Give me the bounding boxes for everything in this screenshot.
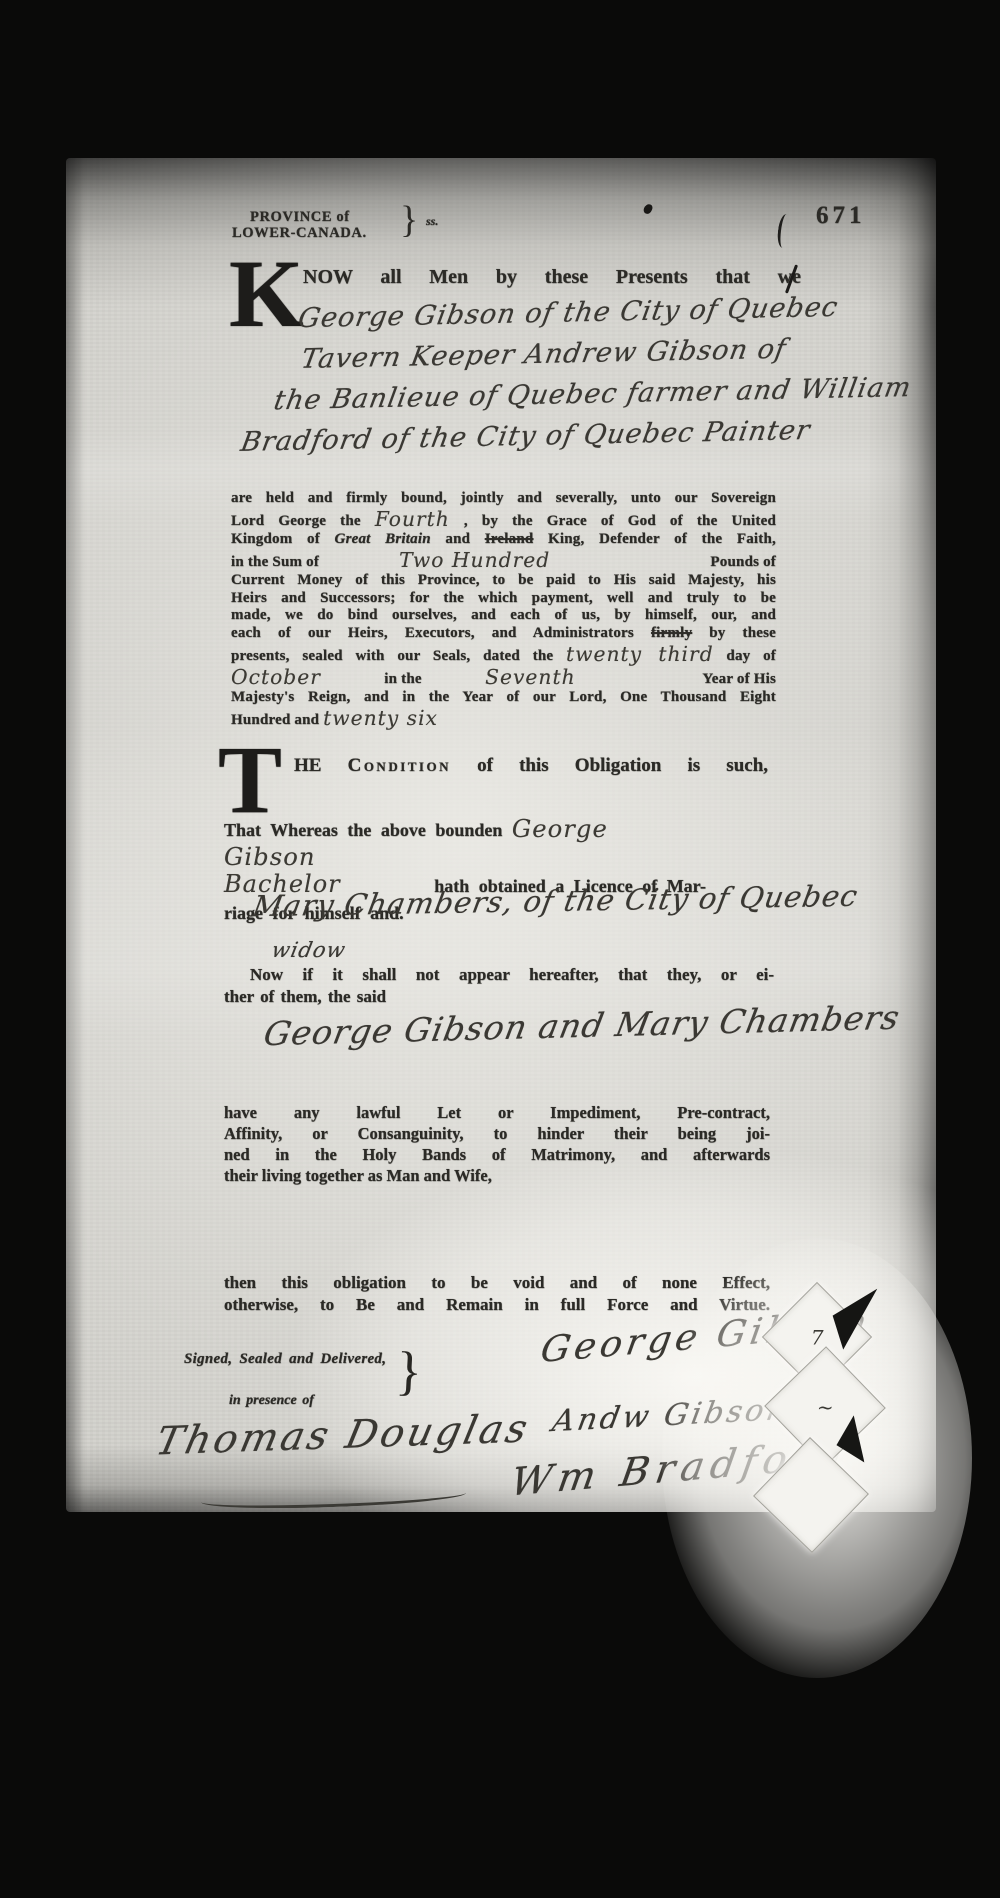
in-presence-of: in presence of [229, 1393, 314, 1409]
print-segment: Pounds of [710, 554, 776, 572]
print-segment: Great Britain [335, 531, 431, 547]
opening-line: NOW all Men by these Presents that we [303, 266, 801, 289]
print-segment: Condition [348, 755, 451, 776]
print-segment: , by the Grace of God of the United [450, 513, 776, 529]
document-line: HE Condition of this Obligation is such, [294, 755, 768, 777]
document-line: have any lawful Let or Impediment, Pre-c… [224, 1102, 770, 1123]
document-line: Kingdom of Great Britain and Ireland Kin… [231, 531, 776, 549]
document-line: their living together as Man and Wife, [224, 1165, 770, 1186]
bondsmen-names-handwritten: George Gibson of the City of QuebecTaver… [236, 285, 930, 463]
seal-pen-mark: 7 [811, 1325, 824, 1349]
ink-blot [643, 203, 654, 215]
bond-paragraph: are held and firmly bound, jointly and s… [231, 490, 776, 730]
print-segment: firmly [651, 625, 692, 641]
print-segment: each of our Heirs, Executors, and Admini… [231, 625, 651, 641]
print-segment: Now if it shall not appear hereafter, th… [250, 965, 774, 984]
document-line: Current Money of this Province, to be pa… [231, 572, 776, 590]
document-line: otherwise, to Be and Remain in full Forc… [224, 1294, 770, 1316]
print-segment: are held and firmly bound, jointly and s… [231, 490, 776, 506]
print-segment: have any lawful Let or Impediment, Pre-c… [224, 1103, 770, 1122]
print-segment: in the [384, 671, 421, 689]
document-line: Majesty's Reign, and in the Year of our … [231, 689, 776, 707]
dropcap-t: T [218, 748, 282, 812]
print-segment: by these [692, 625, 776, 641]
document-line: Now if it shall not appear hereafter, th… [224, 964, 774, 986]
document-line: That Whereas the above bounden George Gi… [224, 816, 706, 872]
document-page: PROVINCE of LOWER-CANADA. } ss. 671 K NO… [66, 158, 936, 1512]
print-segment: of this Obligation is such, [451, 755, 768, 776]
ss-abbreviation: ss. [426, 214, 438, 229]
print-segment: Heirs and Successors; for the which paym… [231, 590, 776, 606]
handwritten-segment: Fourth [375, 507, 450, 531]
print-segment: otherwise, to Be and Remain in full Forc… [224, 1295, 770, 1314]
document-line: ned in the Holy Bands of Matrimony, and … [224, 1144, 770, 1165]
print-segment: HE [294, 755, 348, 776]
document-line: Affinity, or Consanguinity, to hinder th… [224, 1123, 770, 1144]
print-segment: presents, sealed with our Seals, dated t… [231, 648, 566, 664]
print-segment: Ireland [485, 531, 534, 547]
handwritten-segment: October [231, 667, 321, 687]
document-line: Lord George the Fourth , by the Grace of… [231, 508, 776, 531]
condition-heading: HE Condition of this Obligation is such, [294, 755, 768, 777]
handwritten-segment: Seventh [485, 667, 576, 687]
document-line: made, we do bind ourselves, and each of … [231, 607, 776, 625]
bride-status-handwritten: widow [270, 938, 348, 962]
document-line: presents, sealed with our Seals, dated t… [231, 643, 776, 666]
document-line: each of our Heirs, Executors, and Admini… [231, 625, 776, 643]
print-segment: then this obligation to be void and of n… [224, 1273, 770, 1292]
print-segment: day of [714, 648, 776, 664]
province-header: PROVINCE of LOWER-CANADA. [232, 210, 367, 241]
print-segment: ther of them, the said [224, 987, 386, 1006]
handwritten-segment: twenty third [566, 642, 714, 666]
print-segment: and [431, 531, 485, 547]
print-segment: Majesty's Reign, and in the Year of our … [231, 689, 776, 705]
signed-sealed-delivered: Signed, Sealed and Delivered, [184, 1351, 386, 1368]
header-brace: } [400, 198, 418, 242]
print-segment: Current Money of this Province, to be pa… [231, 572, 776, 588]
attestation-brace: } [394, 1339, 423, 1402]
signature-flourish [201, 1483, 467, 1511]
now-clause: Now if it shall not appear hereafter, th… [224, 964, 774, 1008]
seal-pen-mark: ~ [816, 1395, 833, 1419]
document-line: are held and firmly bound, jointly and s… [231, 490, 776, 508]
pen-mark [776, 213, 793, 248]
impediment-paragraph: have any lawful Let or Impediment, Pre-c… [224, 1102, 770, 1186]
print-segment: King, Defender of the Faith, [533, 531, 776, 547]
document-line: Hundred and twenty six [231, 707, 776, 730]
document-line: then this obligation to be void and of n… [224, 1272, 770, 1294]
print-segment: made, we do bind ourselves, and each of … [231, 607, 776, 623]
print-segment: ned in the Holy Bands of Matrimony, and … [224, 1145, 770, 1164]
print-segment: That Whereas the above bounden [224, 820, 512, 840]
province-line1: PROVINCE of [250, 210, 367, 226]
handwritten-segment: twenty six [323, 706, 438, 730]
print-segment: in the Sum of [231, 554, 319, 572]
document-line: Octoberin theSeventhYear of His [231, 666, 776, 689]
document-line: Heirs and Successors; for the which paym… [231, 590, 776, 608]
witness-signature: Thomas Douglas [152, 1407, 534, 1465]
scan-background: PROVINCE of LOWER-CANADA. } ss. 671 K NO… [0, 0, 1000, 1898]
print-segment: Kingdom of [231, 531, 335, 547]
document-number: 671 [816, 202, 866, 230]
province-line2: LOWER-CANADA. [232, 226, 367, 242]
print-segment: Lord George the [231, 513, 375, 529]
handwritten-segment: Two Hundred [399, 550, 550, 570]
print-segment: Year of His [702, 671, 776, 689]
print-segment: Affinity, or Consanguinity, to hinder th… [224, 1124, 770, 1143]
print-segment: their living together as Man and Wife, [224, 1166, 492, 1185]
document-line: in the Sum ofTwo HundredPounds of [231, 549, 776, 572]
closing-paragraph: then this obligation to be void and of n… [224, 1272, 770, 1316]
